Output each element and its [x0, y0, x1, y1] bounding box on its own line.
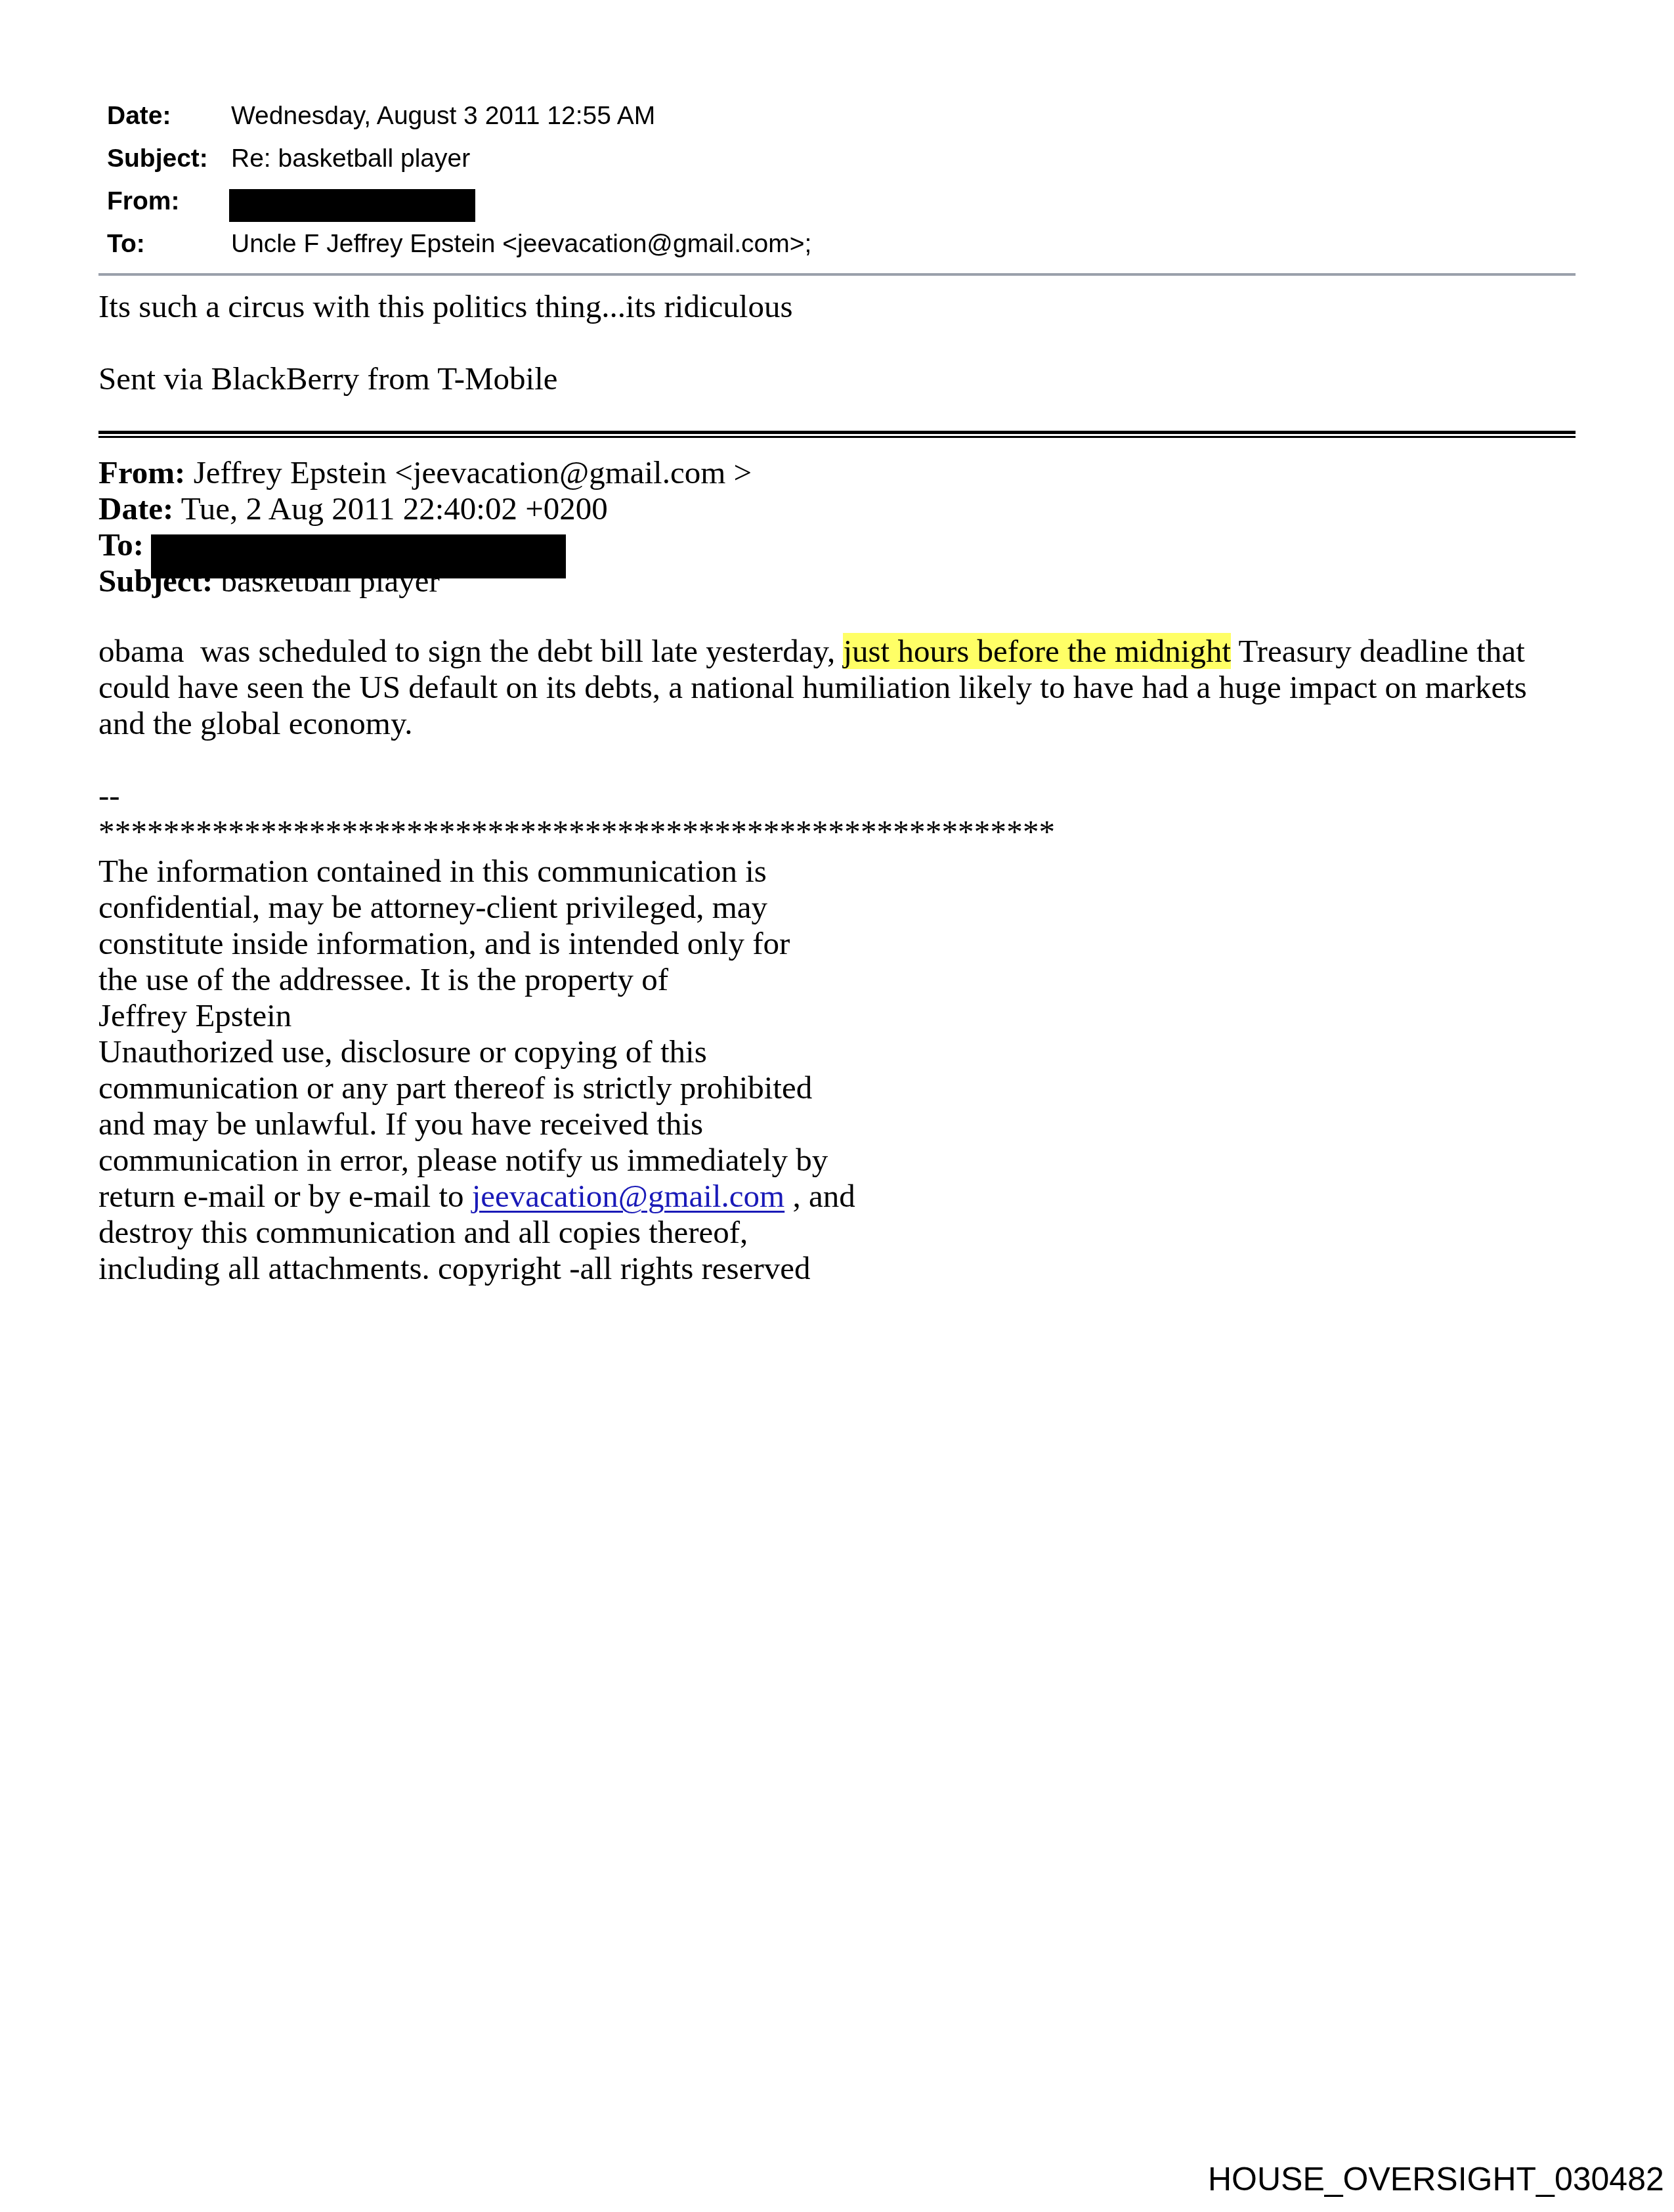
- forwarded-subject-value: basketball player: [213, 563, 440, 599]
- redaction-box-from: [229, 189, 475, 222]
- forwarded-from-value: Jeffrey Epstein <jeevacation@gmail.com >: [185, 454, 752, 490]
- forwarded-to-label: To:: [98, 527, 144, 563]
- forwarded-date-label: Date:: [98, 490, 173, 527]
- forwarded-body-line-1: obama was scheduled to sign the debt bil…: [98, 632, 1525, 670]
- forwarded-body-line-3: and the global economy.: [98, 705, 413, 742]
- forwarded-from-row: From: Jeffrey Epstein <jeevacation@gmail…: [98, 454, 752, 491]
- disclaimer-closing-line-2: including all attachments. copyright -al…: [98, 1249, 810, 1287]
- forwarded-body-line-2: could have seen the US default on its de…: [98, 668, 1527, 706]
- forwarded-date-value: Tue, 2 Aug 2011 22:40:02 +0200: [173, 490, 608, 527]
- forwarded-date-row: Date: Tue, 2 Aug 2011 22:40:02 +0200: [98, 490, 608, 527]
- disclaimer-line: The information contained in this commun…: [98, 852, 767, 890]
- reply-signature: Sent via BlackBerry from T-Mobile: [98, 360, 558, 397]
- forwarded-subject-label: Subject:: [98, 563, 213, 599]
- disclaimer-line: communication or any part thereof is str…: [98, 1069, 812, 1106]
- reply-to-value: Uncle F Jeffrey Epstein <jeevacation@gma…: [231, 230, 811, 259]
- signature-dashes: --: [98, 777, 120, 814]
- disclaimer-return-line: return e-mail or by e-mail to jeevacatio…: [98, 1177, 855, 1215]
- disclaimer-closing-line-1: destroy this communication and all copie…: [98, 1213, 748, 1251]
- highlighted-text: just hours before the midnight: [843, 633, 1231, 669]
- forwarded-from-label: From:: [98, 454, 185, 490]
- disclaimer-text-segment: , and: [784, 1178, 855, 1214]
- reply-to-label: To:: [107, 230, 145, 259]
- disclaimer-line: Unauthorized use, disclosure or copying …: [98, 1033, 707, 1070]
- disclaimer-line: the use of the addressee. It is the prop…: [98, 961, 668, 998]
- quote-divider-bottom: [98, 436, 1576, 438]
- forwarded-to-row: To:: [98, 526, 144, 563]
- body-text-segment: obama was scheduled to sign the debt bil…: [98, 633, 843, 669]
- quote-divider-top: [98, 431, 1576, 434]
- reply-subject-label: Subject:: [107, 144, 208, 173]
- disclaimer-line: Jeffrey Epstein: [98, 997, 291, 1034]
- disclaimer-line: confidential, may be attorney-client pri…: [98, 888, 767, 926]
- email-link[interactable]: jeevacation@gmail.com: [472, 1178, 784, 1214]
- disclaimer-line: constitute inside information, and is in…: [98, 924, 790, 962]
- disclaimer-text-segment: return e-mail or by e-mail to: [98, 1178, 472, 1214]
- header-divider: [98, 273, 1576, 276]
- reply-from-label: From:: [107, 187, 180, 216]
- signature-asterisks: ****************************************…: [98, 813, 1055, 850]
- reply-date-label: Date:: [107, 102, 171, 131]
- reply-subject-value: Re: basketball player: [231, 144, 470, 173]
- disclaimer-line: communication in error, please notify us…: [98, 1141, 828, 1179]
- disclaimer-line: and may be unlawful. If you have receive…: [98, 1105, 703, 1142]
- forwarded-subject-row: Subject: basketball player: [98, 562, 440, 599]
- bates-number: HOUSE_OVERSIGHT_030482: [1208, 2160, 1664, 2198]
- reply-date-value: Wednesday, August 3 2011 12:55 AM: [231, 102, 655, 131]
- body-text-segment: Treasury deadline that: [1231, 633, 1525, 669]
- reply-body-text: Its such a circus with this politics thi…: [98, 288, 793, 325]
